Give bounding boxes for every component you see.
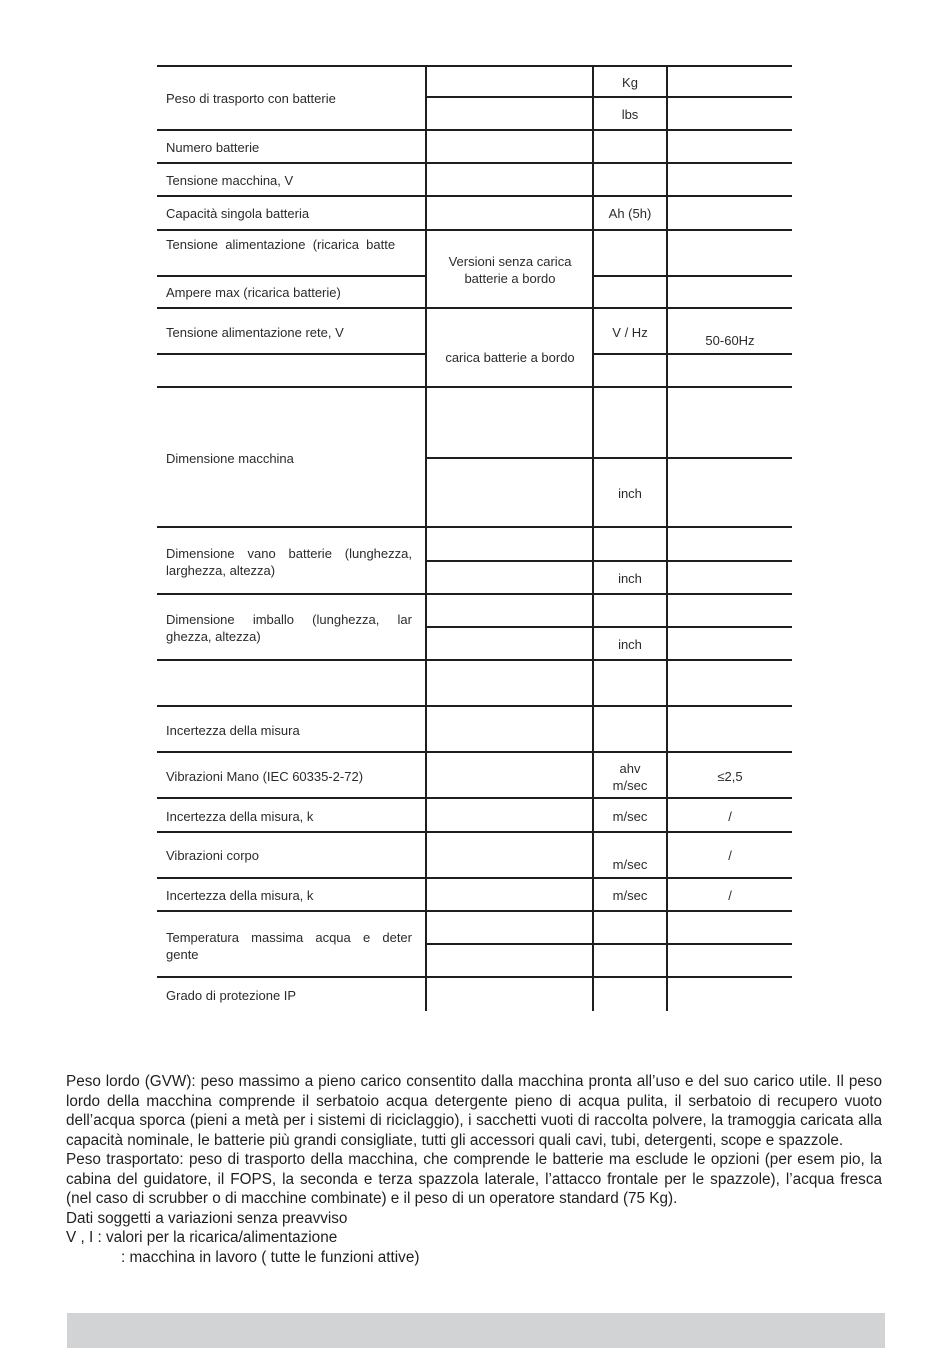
unit-cell: Ah (5h)	[595, 205, 665, 222]
value-cell: /	[669, 808, 791, 825]
unit-cell: inch	[595, 570, 665, 587]
table-subrule	[426, 457, 792, 459]
row-label: Incertezza della misura, k	[166, 887, 412, 904]
table-subrule	[157, 353, 426, 355]
table-rule	[157, 797, 792, 799]
row-label: Tensione macchina, V	[166, 172, 412, 189]
row-label: Dimensione vano batterie (lunghezza, lar…	[166, 545, 412, 579]
row-label: Dimensione macchina	[166, 450, 412, 467]
table-rule	[157, 877, 792, 879]
table-column-rule	[666, 65, 668, 1011]
table-column-rule	[592, 65, 594, 1011]
table-subrule	[426, 943, 792, 945]
unit-cell: m/sec	[595, 856, 665, 873]
table-rule	[157, 229, 792, 231]
value-cell: /	[669, 887, 791, 904]
table-rule	[157, 831, 792, 833]
merged-note-without-charger: Versioni senza carica batterie a bordo	[440, 253, 580, 287]
table-rule	[157, 705, 792, 707]
row-label: Numero batterie	[166, 139, 412, 156]
unit-cell: V / Hz	[595, 324, 665, 341]
table-subrule	[593, 353, 792, 355]
row-label: Vibrazioni Mano (IEC 60335-2-72)	[166, 768, 412, 785]
unit-cell: m/sec	[595, 887, 665, 904]
row-label: Grado di protezione IP	[166, 987, 412, 1004]
table-rule	[157, 162, 792, 164]
row-label: Ampere max (ricarica batterie)	[166, 284, 412, 301]
row-label: Peso di trasporto con batterie	[166, 90, 412, 107]
table-column-rule	[425, 65, 427, 1011]
row-label: Tensione alimentazione rete, V	[166, 324, 412, 341]
table-subrule	[426, 96, 792, 98]
specifications-table: Peso di trasporto con batterie Numero ba…	[0, 0, 950, 1020]
row-label: Tensione alimentazione (ricarica batte	[166, 236, 412, 253]
footer-bar	[67, 1313, 885, 1348]
merged-note-with-charger: carica batterie a bordo	[428, 349, 592, 366]
note-machine-working: : macchina in lavoro ( tutte le funzioni…	[66, 1248, 882, 1268]
unit-cell: Kg	[595, 74, 665, 91]
table-subrule	[157, 275, 426, 277]
note-transport-weight: Peso trasportato: peso di trasporto dell…	[66, 1150, 882, 1209]
table-rule	[157, 659, 792, 661]
table-rule	[157, 751, 792, 753]
row-label: Incertezza della misura, k	[166, 808, 412, 825]
table-subrule	[426, 626, 792, 628]
footnotes: Peso lordo (GVW): peso massimo a pieno c…	[66, 1072, 882, 1267]
value-cell: 50-60Hz	[669, 332, 791, 349]
value-cell: ≤2,5	[669, 768, 791, 785]
table-rule	[157, 307, 792, 309]
note-gross-weight: Peso lordo (GVW): peso massimo a pieno c…	[66, 1072, 882, 1150]
row-label: Incertezza della misura	[166, 722, 412, 739]
table-rule	[157, 386, 792, 388]
table-rule	[157, 129, 792, 131]
unit-cell: inch	[595, 485, 665, 502]
unit-cell: ahv m/sec	[605, 760, 655, 794]
value-cell: /	[669, 847, 791, 864]
note-voltage-current: V , I : valori per la ricarica/alimentaz…	[66, 1228, 882, 1248]
row-label: Capacità singola batteria	[166, 205, 412, 222]
table-subrule	[426, 560, 792, 562]
row-label: Temperatura massima acqua e deter gente	[166, 929, 412, 963]
note-subject-to-change: Dati soggetti a variazioni senza preavvi…	[66, 1209, 882, 1229]
table-rule	[157, 910, 792, 912]
table-rule	[157, 526, 792, 528]
table-rule	[157, 593, 792, 595]
table-rule	[157, 65, 792, 67]
row-label: Vibrazioni corpo	[166, 847, 412, 864]
unit-cell: m/sec	[595, 808, 665, 825]
table-rule	[157, 195, 792, 197]
unit-cell: lbs	[595, 106, 665, 123]
table-rule	[157, 976, 792, 978]
table-subrule	[593, 275, 792, 277]
unit-cell: inch	[595, 636, 665, 653]
row-label: Dimensione imballo (lunghezza, lar ghezz…	[166, 611, 412, 645]
